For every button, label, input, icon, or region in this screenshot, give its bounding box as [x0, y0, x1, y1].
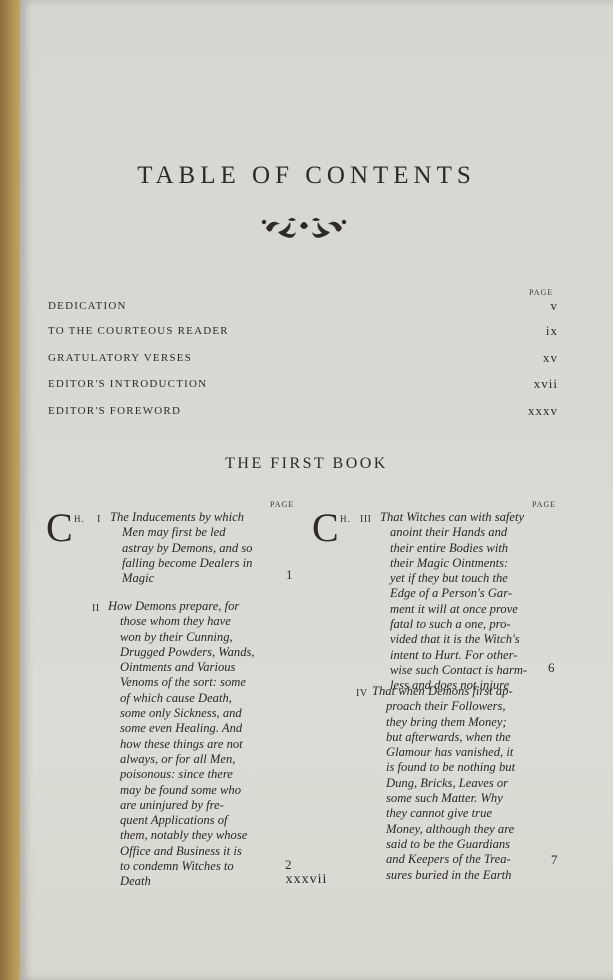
chapter-text-line: The Inducements by which — [110, 510, 260, 525]
chapter-text-line: them, notably they whose — [108, 828, 263, 843]
chapter-text-line: those whom they have — [108, 614, 263, 629]
toc-chapter-2[interactable]: How Demons prepare, for those whom they … — [108, 599, 263, 890]
page-folio: xxxvii — [0, 872, 613, 888]
page-column-header: PAGE — [529, 288, 553, 297]
chapter-text-line: how these things are not — [108, 737, 263, 752]
floral-ornament-icon — [258, 208, 350, 244]
chapter-text-line: Glamour has vanished, it — [372, 745, 532, 760]
chapter-text-line: Office and Business it is — [108, 844, 263, 859]
chapter-number: II — [92, 603, 100, 614]
chapter-text-line: vided that it is the Witch's — [380, 632, 540, 647]
chapter-text-line: but afterwards, when the — [372, 730, 532, 745]
chapter-text-line: intent to Hurt. For other- — [380, 648, 540, 663]
chapter-text-line: won by their Cunning, — [108, 630, 263, 645]
chapter-number: I — [97, 514, 101, 525]
chapter-text-line: some only Sickness, and — [108, 706, 263, 721]
chapter-number: IV — [356, 688, 368, 699]
toc-item-page: xxxv — [528, 403, 558, 419]
toc-item-page: xvii — [534, 376, 558, 392]
chapter-abbrev: H. — [74, 514, 85, 524]
chapter-text-line: poisonous: since there — [108, 767, 263, 782]
right-page-column-header: PAGE — [532, 500, 556, 509]
chapter-text-line: astray by Demons, and so — [110, 541, 260, 556]
chapter-text-line: is found to be nothing but — [372, 760, 532, 775]
page-title: TABLE OF CONTENTS — [0, 162, 613, 190]
chapter-text-line: may be found some who — [108, 783, 263, 798]
chapter-text-line: Venoms of the sort: some — [108, 675, 263, 690]
chapter-text-line: some even Healing. And — [108, 721, 263, 736]
chapter-text-line: they cannot give true — [372, 806, 532, 821]
toc-item-courteous-reader[interactable]: TO THE COURTEOUS READER ix — [48, 325, 558, 343]
chapter-text-line: Edge of a Person's Gar- — [380, 586, 540, 601]
chapter-text-line: Men may first be led — [110, 525, 260, 540]
chapter-text-line: Money, although they are — [372, 822, 532, 837]
chapter-page-number: 7 — [551, 852, 558, 868]
chapter-text-line: Dung, Bricks, Leaves or — [372, 776, 532, 791]
chapter-text-line: they bring them Money; — [372, 715, 532, 730]
chapter-text-line: are uninjured by fre- — [108, 798, 263, 813]
chapter-text-line: falling become Dealers in — [110, 556, 260, 571]
chapter-number: III — [360, 514, 372, 525]
chapter-text-line: of which cause Death, — [108, 691, 263, 706]
toc-item-label: TO THE COURTEOUS READER — [48, 325, 229, 337]
chapter-text-line: their Magic Ointments: — [380, 556, 540, 571]
chapter-page-number: 1 — [286, 567, 293, 583]
chapter-text-line: Magic — [110, 571, 260, 586]
chapter-text-line: some such Matter. Why — [372, 791, 532, 806]
toc-item-label: EDITOR'S INTRODUCTION — [48, 378, 207, 390]
toc-chapter-1[interactable]: The Inducements by which Men may first b… — [110, 510, 260, 586]
toc-item-label: GRATULATORY VERSES — [48, 352, 192, 364]
toc-item-editors-introduction[interactable]: EDITOR'S INTRODUCTION xvii — [48, 378, 558, 396]
chapter-page-number: 2 — [285, 857, 292, 873]
chapter-text-line: fatal to such a one, pro- — [380, 617, 540, 632]
chapter-text-line: said to be the Guardians — [372, 837, 532, 852]
toc-item-page: ix — [546, 323, 558, 339]
toc-chapter-3[interactable]: That Witches can with safety anoint thei… — [380, 510, 540, 694]
section-title: THE FIRST BOOK — [0, 455, 613, 473]
chapter-text-line: How Demons prepare, for — [108, 599, 263, 614]
chapter-text-line: Drugged Powders, Wands, — [108, 645, 263, 660]
chapter-abbrev: H. — [340, 514, 351, 524]
toc-item-label: EDITOR'S FOREWORD — [48, 405, 181, 417]
toc-item-gratulatory-verses[interactable]: GRATULATORY VERSES xv — [48, 352, 558, 370]
toc-item-editors-foreword[interactable]: EDITOR'S FOREWORD xxxv — [48, 405, 558, 423]
toc-item-page: v — [551, 298, 559, 314]
chapter-text-line: wise such Contact is harm- — [380, 663, 540, 678]
chapter-text-line: Ointments and Various — [108, 660, 263, 675]
toc-item-page: xv — [543, 350, 558, 366]
chapter-text-line: always, or for all Men, — [108, 752, 263, 767]
dropcap-letter: C — [46, 508, 73, 548]
chapter-text-line: That when Demons first ap- — [372, 684, 532, 699]
chapter-text-line: and Keepers of the Trea- — [372, 852, 532, 867]
chapter-text-line: ment it will at once prove — [380, 602, 540, 617]
chapter-page-number: 6 — [548, 660, 555, 676]
chapter-text-line: anoint their Hands and — [380, 525, 540, 540]
toc-chapter-4[interactable]: That when Demons first ap- proach their … — [372, 684, 532, 883]
chapter-text-line: yet if they but touch the — [380, 571, 540, 586]
dropcap-letter: C — [312, 508, 339, 548]
chapter-text-line: proach their Followers, — [372, 699, 532, 714]
toc-item-label: DEDICATION — [48, 300, 127, 312]
chapter-text-line: That Witches can with safety — [380, 510, 540, 525]
left-page-column-header: PAGE — [270, 500, 294, 509]
toc-item-dedication[interactable]: DEDICATION v — [48, 300, 558, 318]
chapter-text-line: quent Applications of — [108, 813, 263, 828]
chapter-text-line: their entire Bodies with — [380, 541, 540, 556]
